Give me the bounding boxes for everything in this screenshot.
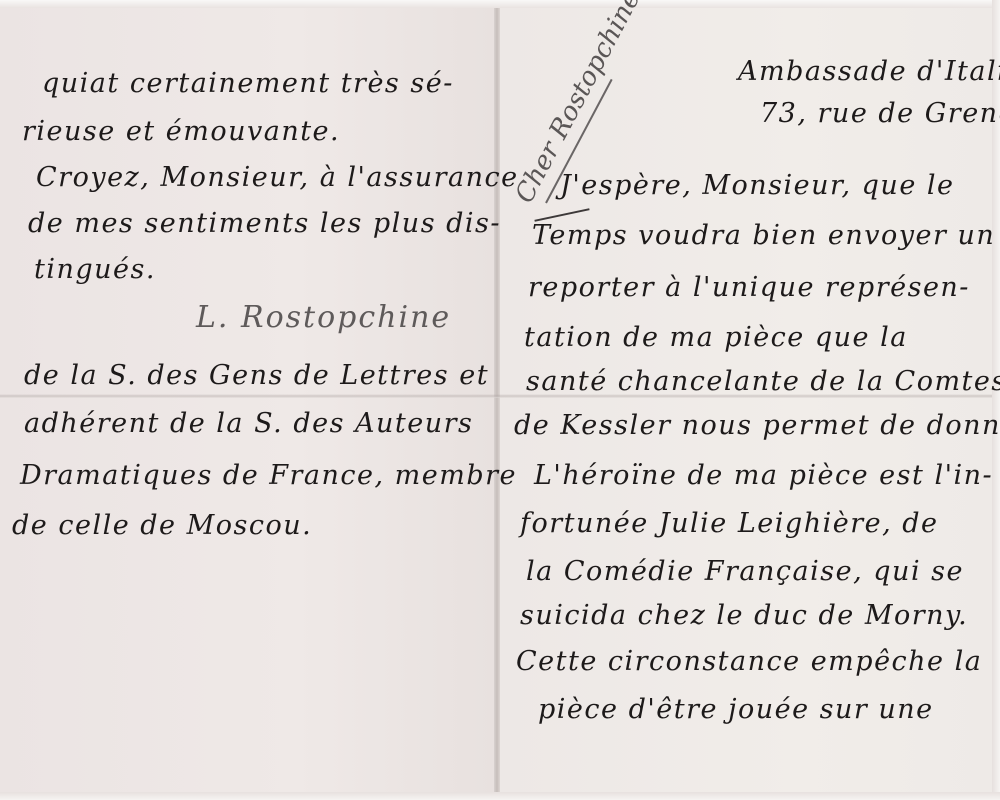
body-line: suicida chez le duc de Morny. — [520, 600, 968, 631]
body-line: L'héroïne de ma pièce est l'in- — [534, 460, 993, 491]
body-line: J'espère, Monsieur, que le — [560, 170, 955, 201]
credential-line: Dramatiques de France, membre — [20, 460, 517, 491]
vertical-fold-crease — [494, 0, 500, 800]
body-line: santé chancelante de la Comtesse — [526, 366, 1000, 397]
credential-line: de celle de Moscou. — [12, 510, 312, 541]
body-line: la Comédie Française, qui se — [526, 556, 964, 587]
left-closing-line: Croyez, Monsieur, à l'assurance — [36, 162, 519, 193]
left-closing-line: de mes sentiments les plus dis- — [28, 208, 501, 239]
paper-top-edge — [0, 0, 1000, 8]
signature: L. Rostopchine — [196, 300, 451, 335]
body-line: tation de ma pièce que la — [524, 322, 908, 353]
body-line: reporter à l'unique représen- — [528, 272, 970, 303]
credential-line: de la S. des Gens de Lettres et — [24, 360, 489, 391]
left-closing-line: quiat certainement très sé- — [42, 68, 454, 99]
left-closing-line: tingués. — [34, 254, 156, 285]
body-line: Cette circonstance empêche la — [516, 646, 982, 677]
body-line: Temps voudra bien envoyer un — [532, 220, 995, 251]
address-line: 73, rue de Grenelle — [760, 98, 1000, 129]
body-line: de Kessler nous permet de donner. — [514, 410, 1000, 441]
address-line: Ambassade d'Italie — [738, 56, 1000, 87]
body-line: pièce d'être jouée sur une — [538, 694, 934, 725]
left-closing-line: rieuse et émouvante. — [22, 116, 340, 147]
letter-sheet: quiat certainement très sé- rieuse et ém… — [0, 0, 1000, 800]
credential-line: adhérent de la S. des Auteurs — [24, 408, 473, 439]
body-line: fortunée Julie Leighière, de — [520, 508, 939, 539]
paper-bottom-edge — [0, 792, 1000, 800]
